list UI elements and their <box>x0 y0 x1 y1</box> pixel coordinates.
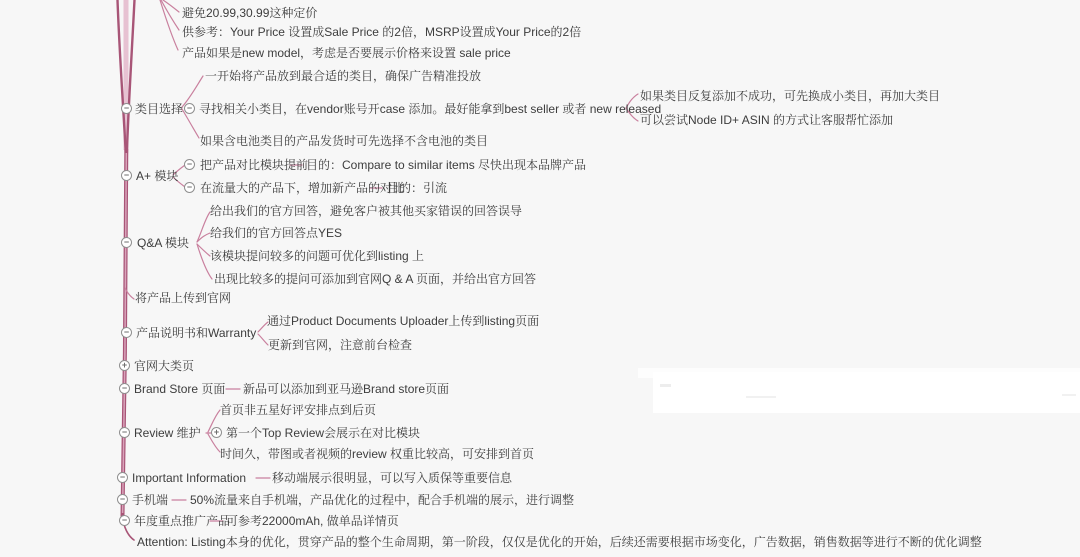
note-optimize-listing[interactable]: 该模块提问较多的问题可优化到listing 上 <box>210 248 424 264</box>
note-nonfivestar-review[interactable]: 首页非五星好评安排点到后页 <box>220 402 376 418</box>
collapse-icon[interactable]: − <box>184 103 195 114</box>
note-traffic-purpose[interactable]: 目的：引流 <box>387 180 447 196</box>
collapse-icon[interactable]: − <box>184 159 195 170</box>
topic-annual-key-product[interactable]: 年度重点推广产品 <box>134 513 230 529</box>
note-best-category-first[interactable]: 一开始将产品放到最合适的类目，确保广告精准投放 <box>205 68 481 84</box>
collapse-icon[interactable]: − <box>121 103 132 114</box>
topic-brand-store-page[interactable]: Brand Store 页面 <box>134 381 225 397</box>
note-documents-uploader[interactable]: 通过Product Documents Uploader上传到listing页面 <box>267 313 539 329</box>
collapse-icon[interactable]: − <box>121 170 132 181</box>
note-vote-yes[interactable]: 给我们的官方回答点YES <box>210 225 342 241</box>
subtopic-top-review[interactable]: 第一个Top Review会展示在对比模块 <box>226 425 420 441</box>
note-mobile-display[interactable]: 移动端展示很明显，可以写入质保等重要信息 <box>272 470 512 486</box>
note-avoid-pricing[interactable]: 避免20.99,30.99这种定价 <box>182 5 317 21</box>
note-annual-reference[interactable]: 可参考22000mAh, 做单品详情页 <box>226 513 399 529</box>
note-nodeid-asin[interactable]: 可以尝试Node ID+ ASIN 的方式让客服帮忙添加 <box>640 112 893 128</box>
expand-icon[interactable]: + <box>119 360 130 371</box>
note-review-weight[interactable]: 时间久，带图或者视频的review 权重比较高，可安排到首页 <box>220 446 534 462</box>
topic-important-information[interactable]: Important Information <box>132 470 246 486</box>
collapse-icon[interactable]: − <box>119 515 130 526</box>
collapse-icon[interactable]: − <box>121 327 132 338</box>
note-update-site[interactable]: 更新到官网，注意前台检查 <box>268 337 412 353</box>
topic-upload-to-site[interactable]: 将产品上传到官网 <box>135 290 231 306</box>
note-brand-store-newproduct[interactable]: 新品可以添加到亚马逊Brand store页面 <box>243 381 449 397</box>
collapse-icon[interactable]: − <box>117 472 128 483</box>
note-new-model-price[interactable]: 产品如果是new model，考虑是否要展示价格来设置 sale price <box>182 45 511 61</box>
topic-category-selection[interactable]: 类目选择 <box>135 101 183 117</box>
note-official-answer[interactable]: 给出我们的官方回答，避免客户被其他买家错误的回答误导 <box>210 203 522 219</box>
collapse-icon[interactable]: − <box>184 182 195 193</box>
subtopic-add-compare[interactable]: 在流量大的产品下，增加新产品的对比 <box>200 180 404 196</box>
collapse-icon[interactable]: − <box>117 494 128 505</box>
topic-attention[interactable]: Attention: Listing本身的优化，贯穿产品的整个生命周期，第一阶段… <box>137 534 982 550</box>
topic-aplus-module[interactable]: A+ 模块 <box>136 168 178 184</box>
erased-area <box>638 368 1080 413</box>
note-site-qa-page[interactable]: 出现比较多的提问可添加到官网Q & A 页面，并给出官方回答 <box>214 271 536 287</box>
collapse-icon[interactable]: − <box>121 237 132 248</box>
subtopic-find-subcategory[interactable]: 寻找相关小类目，在vendor账号开case 添加。最好能拿到best sell… <box>199 101 661 117</box>
note-retry-category[interactable]: 如果类目反复添加不成功，可先换成小类目，再加大类目 <box>640 88 940 104</box>
topic-qa-module[interactable]: Q&A 模块 <box>137 235 189 251</box>
note-battery-category[interactable]: 如果含电池类目的产品发货时可先选择不含电池的类目 <box>200 133 488 149</box>
topic-manual-warranty[interactable]: 产品说明书和Warranty <box>136 325 256 341</box>
expand-icon[interactable]: + <box>211 427 222 438</box>
note-compare-purpose[interactable]: 目的：Compare to similar items 尽快出现本品牌产品 <box>306 157 586 173</box>
topic-review-maintenance[interactable]: Review 维护 <box>134 425 201 441</box>
topic-site-category-page[interactable]: 官网大类页 <box>134 358 194 374</box>
collapse-icon[interactable]: − <box>119 427 130 438</box>
collapse-icon[interactable]: − <box>119 383 130 394</box>
note-mobile-traffic[interactable]: 50%流量来自手机端，产品优化的过程中，配合手机端的展示，进行调整 <box>190 492 574 508</box>
mindmap-canvas: 避免20.99,30.99这种定价 供参考：Your Price 设置成Sale… <box>0 0 1080 557</box>
topic-mobile[interactable]: 手机端 <box>132 492 168 508</box>
subtopic-compare-module-front[interactable]: 把产品对比模块提前 <box>200 157 308 173</box>
note-price-reference[interactable]: 供参考：Your Price 设置成Sale Price 的2倍，MSRP设置成… <box>182 24 581 40</box>
